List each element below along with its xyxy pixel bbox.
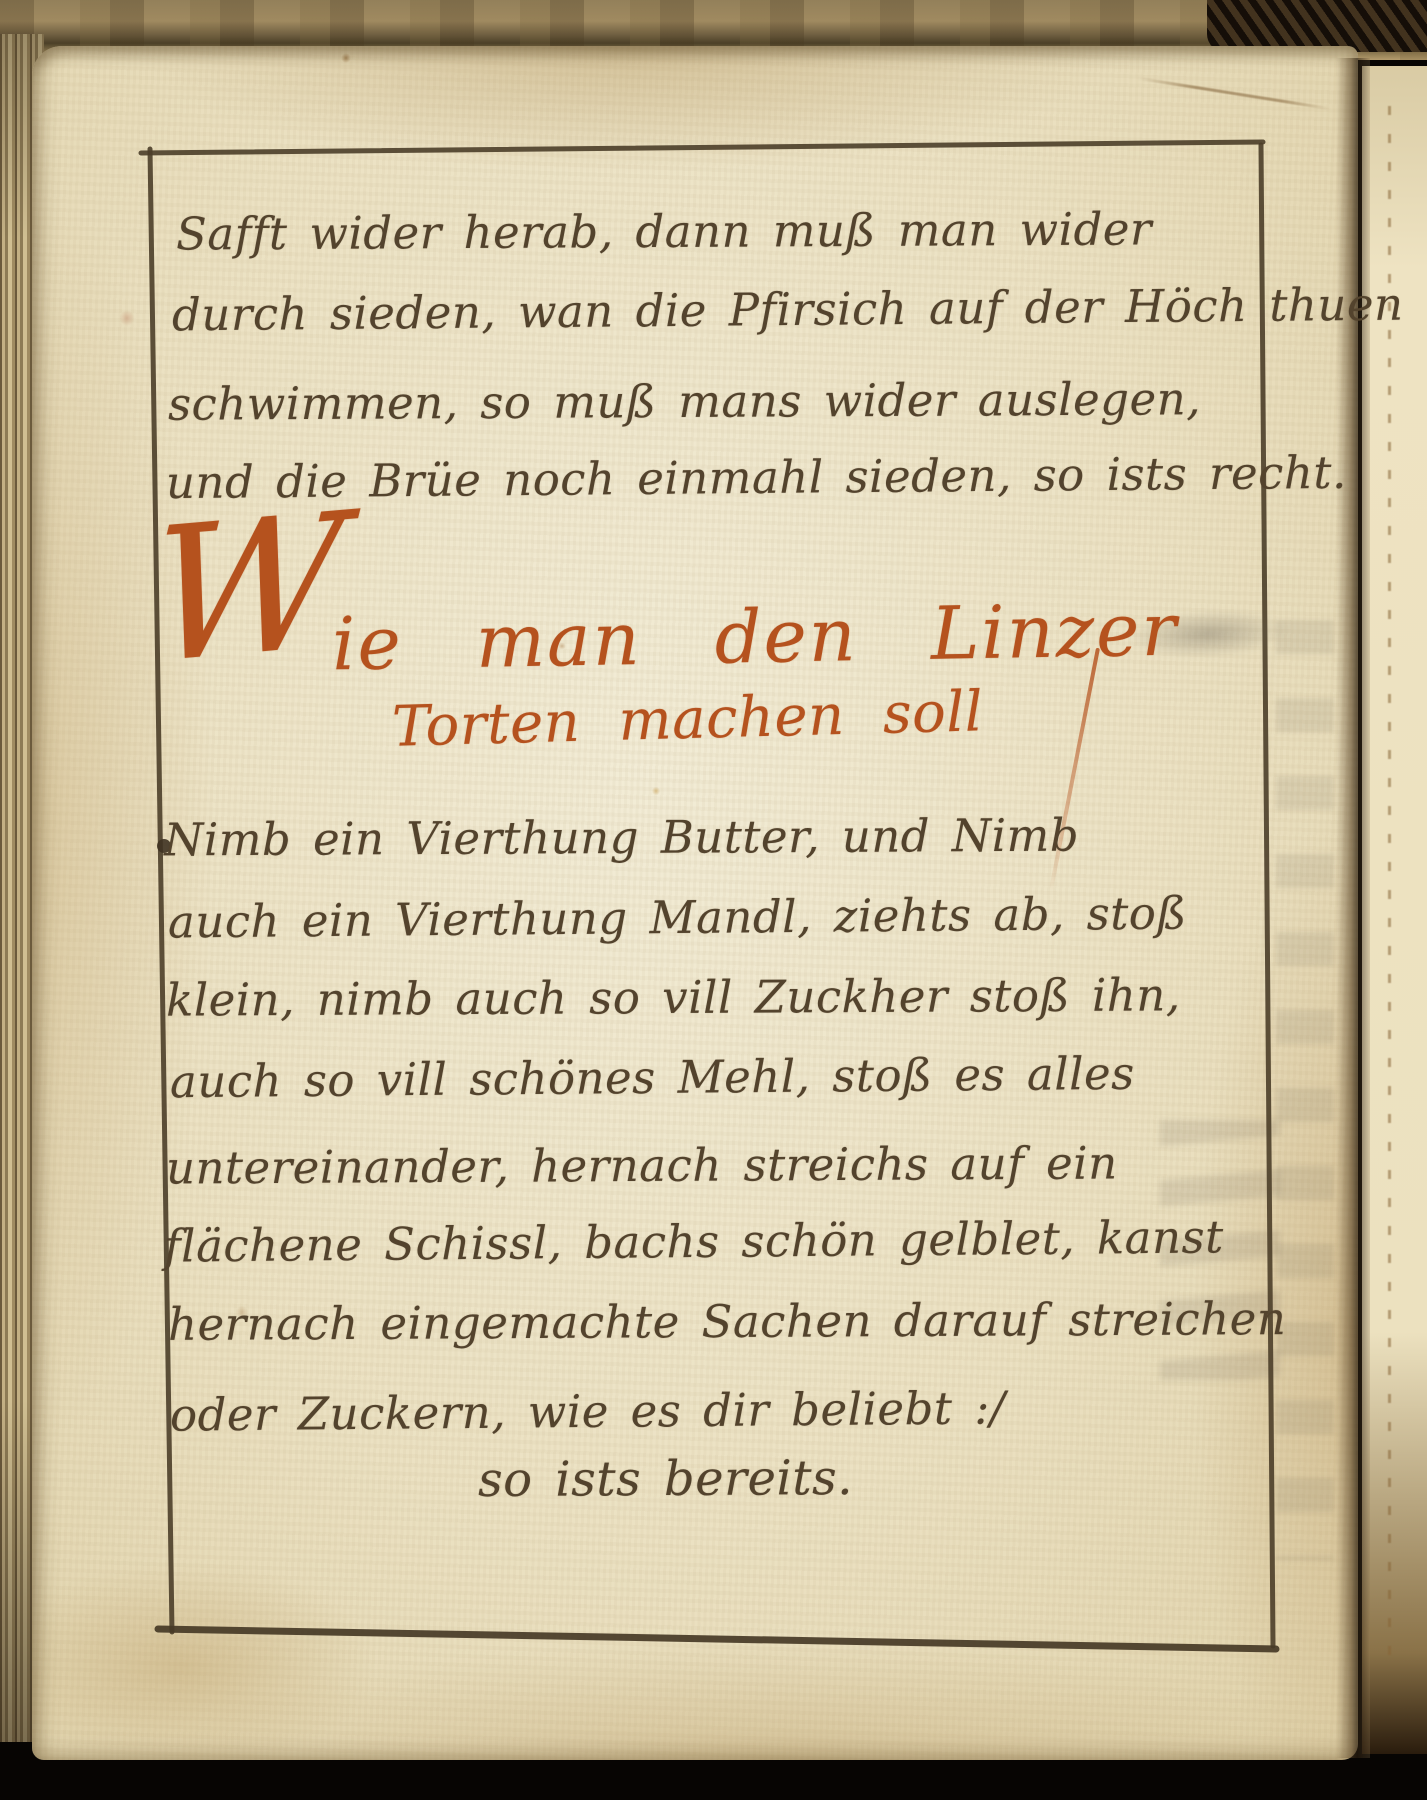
recipe-line: flächene Schissl, bachs schön gelblet, k… <box>164 1211 1224 1272</box>
intro-line: schwimmen, so muß mans wider auslegen, <box>168 373 1201 430</box>
recipe-line: klein, nimb auch so vill Zuckher stoß ih… <box>166 969 1181 1026</box>
recipe-line: Nimb ein Vierthung Butter, und Nimb <box>164 810 1079 867</box>
closing-line: so ists bereits. <box>478 1451 853 1508</box>
recipe-line: untereinander, hernach streichs auf ein <box>166 1138 1118 1195</box>
intro-line: durch sieden, wan die Pfirsich auf der H… <box>172 279 1404 341</box>
intro-line: Safft wider herab, dann muß man wider <box>176 203 1152 260</box>
recipe-line: hernach eingemachte Sachen darauf streic… <box>168 1293 1287 1351</box>
manuscript-book-scan: Safft wider herab, dann muß man wider du… <box>0 0 1427 1800</box>
recipe-line: auch ein Vierthung Mandl, ziehts ab, sto… <box>168 888 1187 949</box>
recipe-line: oder Zuckern, wie es dir beliebt :/ <box>170 1382 1006 1441</box>
heading-initial-letter: W <box>147 497 349 680</box>
recipe-heading-line-1: ie man den Linzer <box>331 589 1179 688</box>
recipe-line: auch so vill schönes Mehl, stoß es alles <box>170 1048 1135 1108</box>
